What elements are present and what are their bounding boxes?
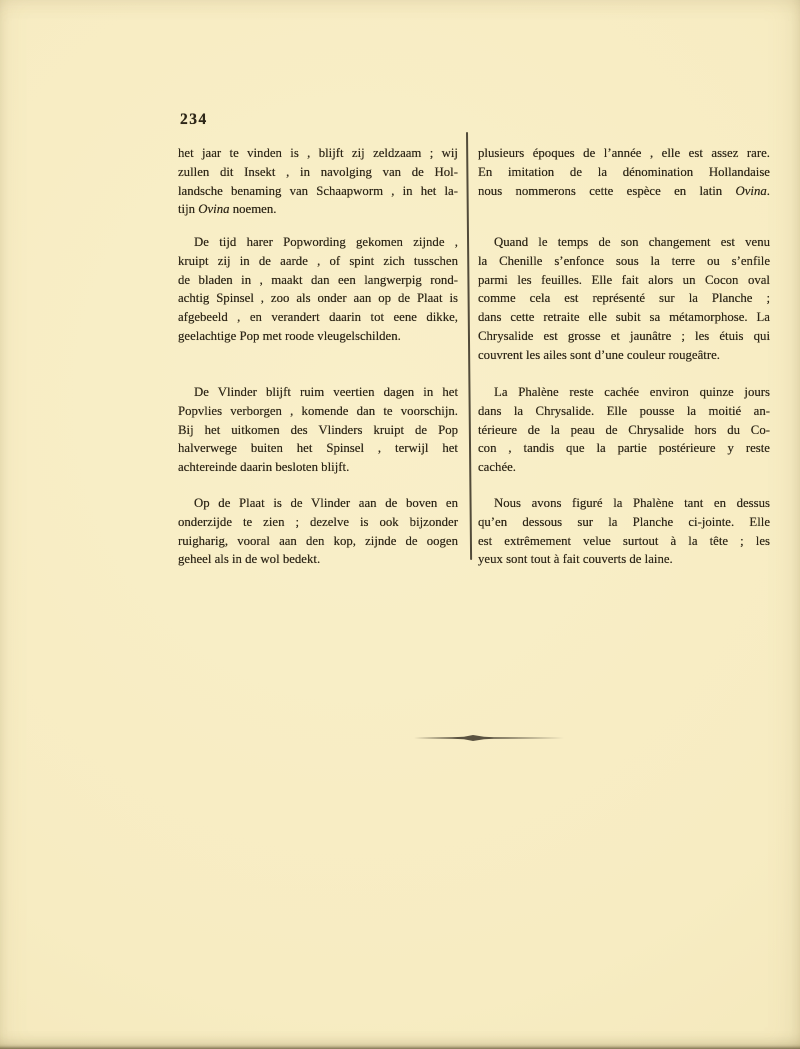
text-segment: . [767, 184, 770, 198]
text-line: couvrent les ailes sont d’une couleur ro… [478, 346, 770, 365]
text-line: het jaar te vinden is , blijft zij zeldz… [178, 144, 458, 163]
scanned-book-page: 234 het jaar te vinden is , blijft zij z… [0, 0, 800, 1049]
text-line: La Phalène reste cachée environ quinze j… [478, 383, 770, 402]
text-segment: zullen dit Insekt , in navolging van de … [178, 165, 458, 179]
text-segment: Bij het uitkomen des Vlinders kruipt de … [178, 423, 458, 437]
right-column-french-text: plusieurs époques de l’année , elle est … [478, 0, 770, 1049]
text-segment: qu’en dessous sur la Planche ci-jointe. … [478, 515, 770, 529]
text-segment: landsche benaming van Schaapworm , in he… [178, 184, 458, 198]
text-line: Nous avons figuré la Phalène tant en des… [478, 494, 770, 513]
text-line: En imitation de la dénomination Hollanda… [478, 163, 770, 182]
text-line: Bij het uitkomen des Vlinders kruipt de … [178, 421, 458, 440]
text-line: halverwege buiten het Spinsel , terwijl … [178, 439, 458, 458]
text-segment: De Vlinder blijft ruim veertien dagen in… [194, 385, 458, 399]
text-line: De Vlinder blijft ruim veertien dagen in… [178, 383, 458, 402]
text-line: landsche benaming van Schaapworm , in he… [178, 182, 458, 201]
text-line: dans cette retraite elle subit sa métamo… [478, 308, 770, 327]
text-segment: noemen. [230, 202, 277, 216]
text-segment: dans la Chrysalide. Elle pousse la moiti… [478, 404, 770, 418]
text-segment: het jaar te vinden is , blijft zij zeldz… [178, 146, 458, 160]
text-segment: halverwege buiten het Spinsel , terwijl … [178, 441, 458, 455]
text-line: De tijd harer Popwording gekomen zijnde … [178, 233, 458, 252]
text-segment: Nous avons figuré la Phalène tant en des… [494, 496, 770, 510]
column-divider-rule [466, 132, 472, 560]
left-column-dutch-text: het jaar te vinden is , blijft zij zeldz… [178, 0, 458, 1049]
text-segment: con , tandis que la partie postérieure y… [478, 441, 770, 455]
text-line: nous nommerons cette espèce en latin Ovi… [478, 182, 770, 201]
text-line: de bladen in , maakt dan een langwerpig … [178, 271, 458, 290]
text-segment: afgebeeld , en verandert daarin tot eene… [178, 310, 458, 324]
text-line: ruigharig, vooral aan den kop, zijnde de… [178, 532, 458, 551]
text-line: tijn Ovina noemen. [178, 200, 458, 219]
text-segment: couvrent les ailes sont d’une couleur ro… [478, 348, 720, 362]
paragraph: De Vlinder blijft ruim veertien dagen in… [178, 383, 458, 477]
text-line: plusieurs époques de l’année , elle est … [478, 144, 770, 163]
text-segment: Popvlies verborgen , komende dan te voor… [178, 404, 458, 418]
text-segment: nous nommerons cette espèce en latin [478, 184, 736, 198]
text-line: cachée. [478, 458, 770, 477]
text-line: Op de Plaat is de Vlinder aan de boven e… [178, 494, 458, 513]
paragraph: Nous avons figuré la Phalène tant en des… [478, 494, 770, 569]
paragraph: Op de Plaat is de Vlinder aan de boven e… [178, 494, 458, 569]
text-segment: kruipt zij in de aarde , of spint zich t… [178, 254, 458, 268]
text-segment: En imitation de la dénomination Hollanda… [478, 165, 770, 179]
paragraph: plusieurs époques de l’année , elle est … [478, 144, 770, 200]
text-line: dans la Chrysalide. Elle pousse la moiti… [478, 402, 770, 421]
text-line: térieure de la peau de Chrysalide hors d… [478, 421, 770, 440]
text-segment: yeux sont tout à fait couverts de laine. [478, 552, 673, 566]
text-segment: est extrêmement velue surtout à la tête … [478, 534, 770, 548]
text-line: geheel als in de wol bedekt. [178, 550, 458, 569]
text-line: Quand le temps de son changement est ven… [478, 233, 770, 252]
text-segment: plusieurs époques de l’année , elle est … [478, 146, 770, 160]
text-segment: onderzijde te zien ; dezelve is ook bijz… [178, 515, 458, 529]
text-segment: parmi les feuilles. Elle fait alors un C… [478, 273, 770, 287]
text-line: la Chenille s’enfonce sous la terre ou s… [478, 252, 770, 271]
text-segment: dans cette retraite elle subit sa métamo… [478, 310, 770, 324]
text-line: Popvlies verborgen , komende dan te voor… [178, 402, 458, 421]
text-line: geelachtige Pop met roode vleugelschilde… [178, 327, 458, 346]
paragraph: het jaar te vinden is , blijft zij zeldz… [178, 144, 458, 219]
paragraph: De tijd harer Popwording gekomen zijnde … [178, 233, 458, 346]
text-segment: tijn [178, 202, 198, 216]
text-line: onderzijde te zien ; dezelve is ook bijz… [178, 513, 458, 532]
text-line: zullen dit Insekt , in navolging van de … [178, 163, 458, 182]
text-line: qu’en dessous sur la Planche ci-jointe. … [478, 513, 770, 532]
text-segment: ruigharig, vooral aan den kop, zijnde de… [178, 534, 458, 548]
text-line: yeux sont tout à fait couverts de laine. [478, 550, 770, 569]
text-segment: de bladen in , maakt dan een langwerpig … [178, 273, 458, 287]
text-segment: Quand le temps de son changement est ven… [494, 235, 770, 249]
text-line: achtereinde daarin besloten blijft. [178, 458, 458, 477]
text-segment: achtig Spinsel , zoo als onder aan op de… [178, 291, 458, 305]
text-segment: comme cela est représenté sur la Planche… [478, 291, 770, 305]
section-separator-swelled-rule [414, 734, 564, 742]
text-segment: La Phalène reste cachée environ quinze j… [494, 385, 770, 399]
text-segment: térieure de la peau de Chrysalide hors d… [478, 423, 770, 437]
page-bottom-edge-shadow [0, 1044, 800, 1049]
text-line: kruipt zij in de aarde , of spint zich t… [178, 252, 458, 271]
text-segment: la Chenille s’enfonce sous la terre ou s… [478, 254, 770, 268]
text-line: parmi les feuilles. Elle fait alors un C… [478, 271, 770, 290]
text-segment: Op de Plaat is de Vlinder aan de boven e… [194, 496, 458, 510]
text-segment: Chrysalide est grosse et jaunâtre ; les … [478, 329, 770, 343]
paragraph: La Phalène reste cachée environ quinze j… [478, 383, 770, 477]
text-segment: De tijd harer Popwording gekomen zijnde … [194, 235, 458, 249]
text-line: comme cela est représenté sur la Planche… [478, 289, 770, 308]
text-segment: geheel als in de wol bedekt. [178, 552, 320, 566]
italic-text-segment: Ovina [736, 184, 767, 198]
text-line: con , tandis que la partie postérieure y… [478, 439, 770, 458]
text-line: achtig Spinsel , zoo als onder aan op de… [178, 289, 458, 308]
text-line: afgebeeld , en verandert daarin tot eene… [178, 308, 458, 327]
text-line: est extrêmement velue surtout à la tête … [478, 532, 770, 551]
italic-text-segment: Ovina [198, 202, 229, 216]
text-segment: geelachtige Pop met roode vleugelschilde… [178, 329, 401, 343]
text-line: Chrysalide est grosse et jaunâtre ; les … [478, 327, 770, 346]
paragraph: Quand le temps de son changement est ven… [478, 233, 770, 365]
text-segment: achtereinde daarin besloten blijft. [178, 460, 349, 474]
text-segment: cachée. [478, 460, 516, 474]
